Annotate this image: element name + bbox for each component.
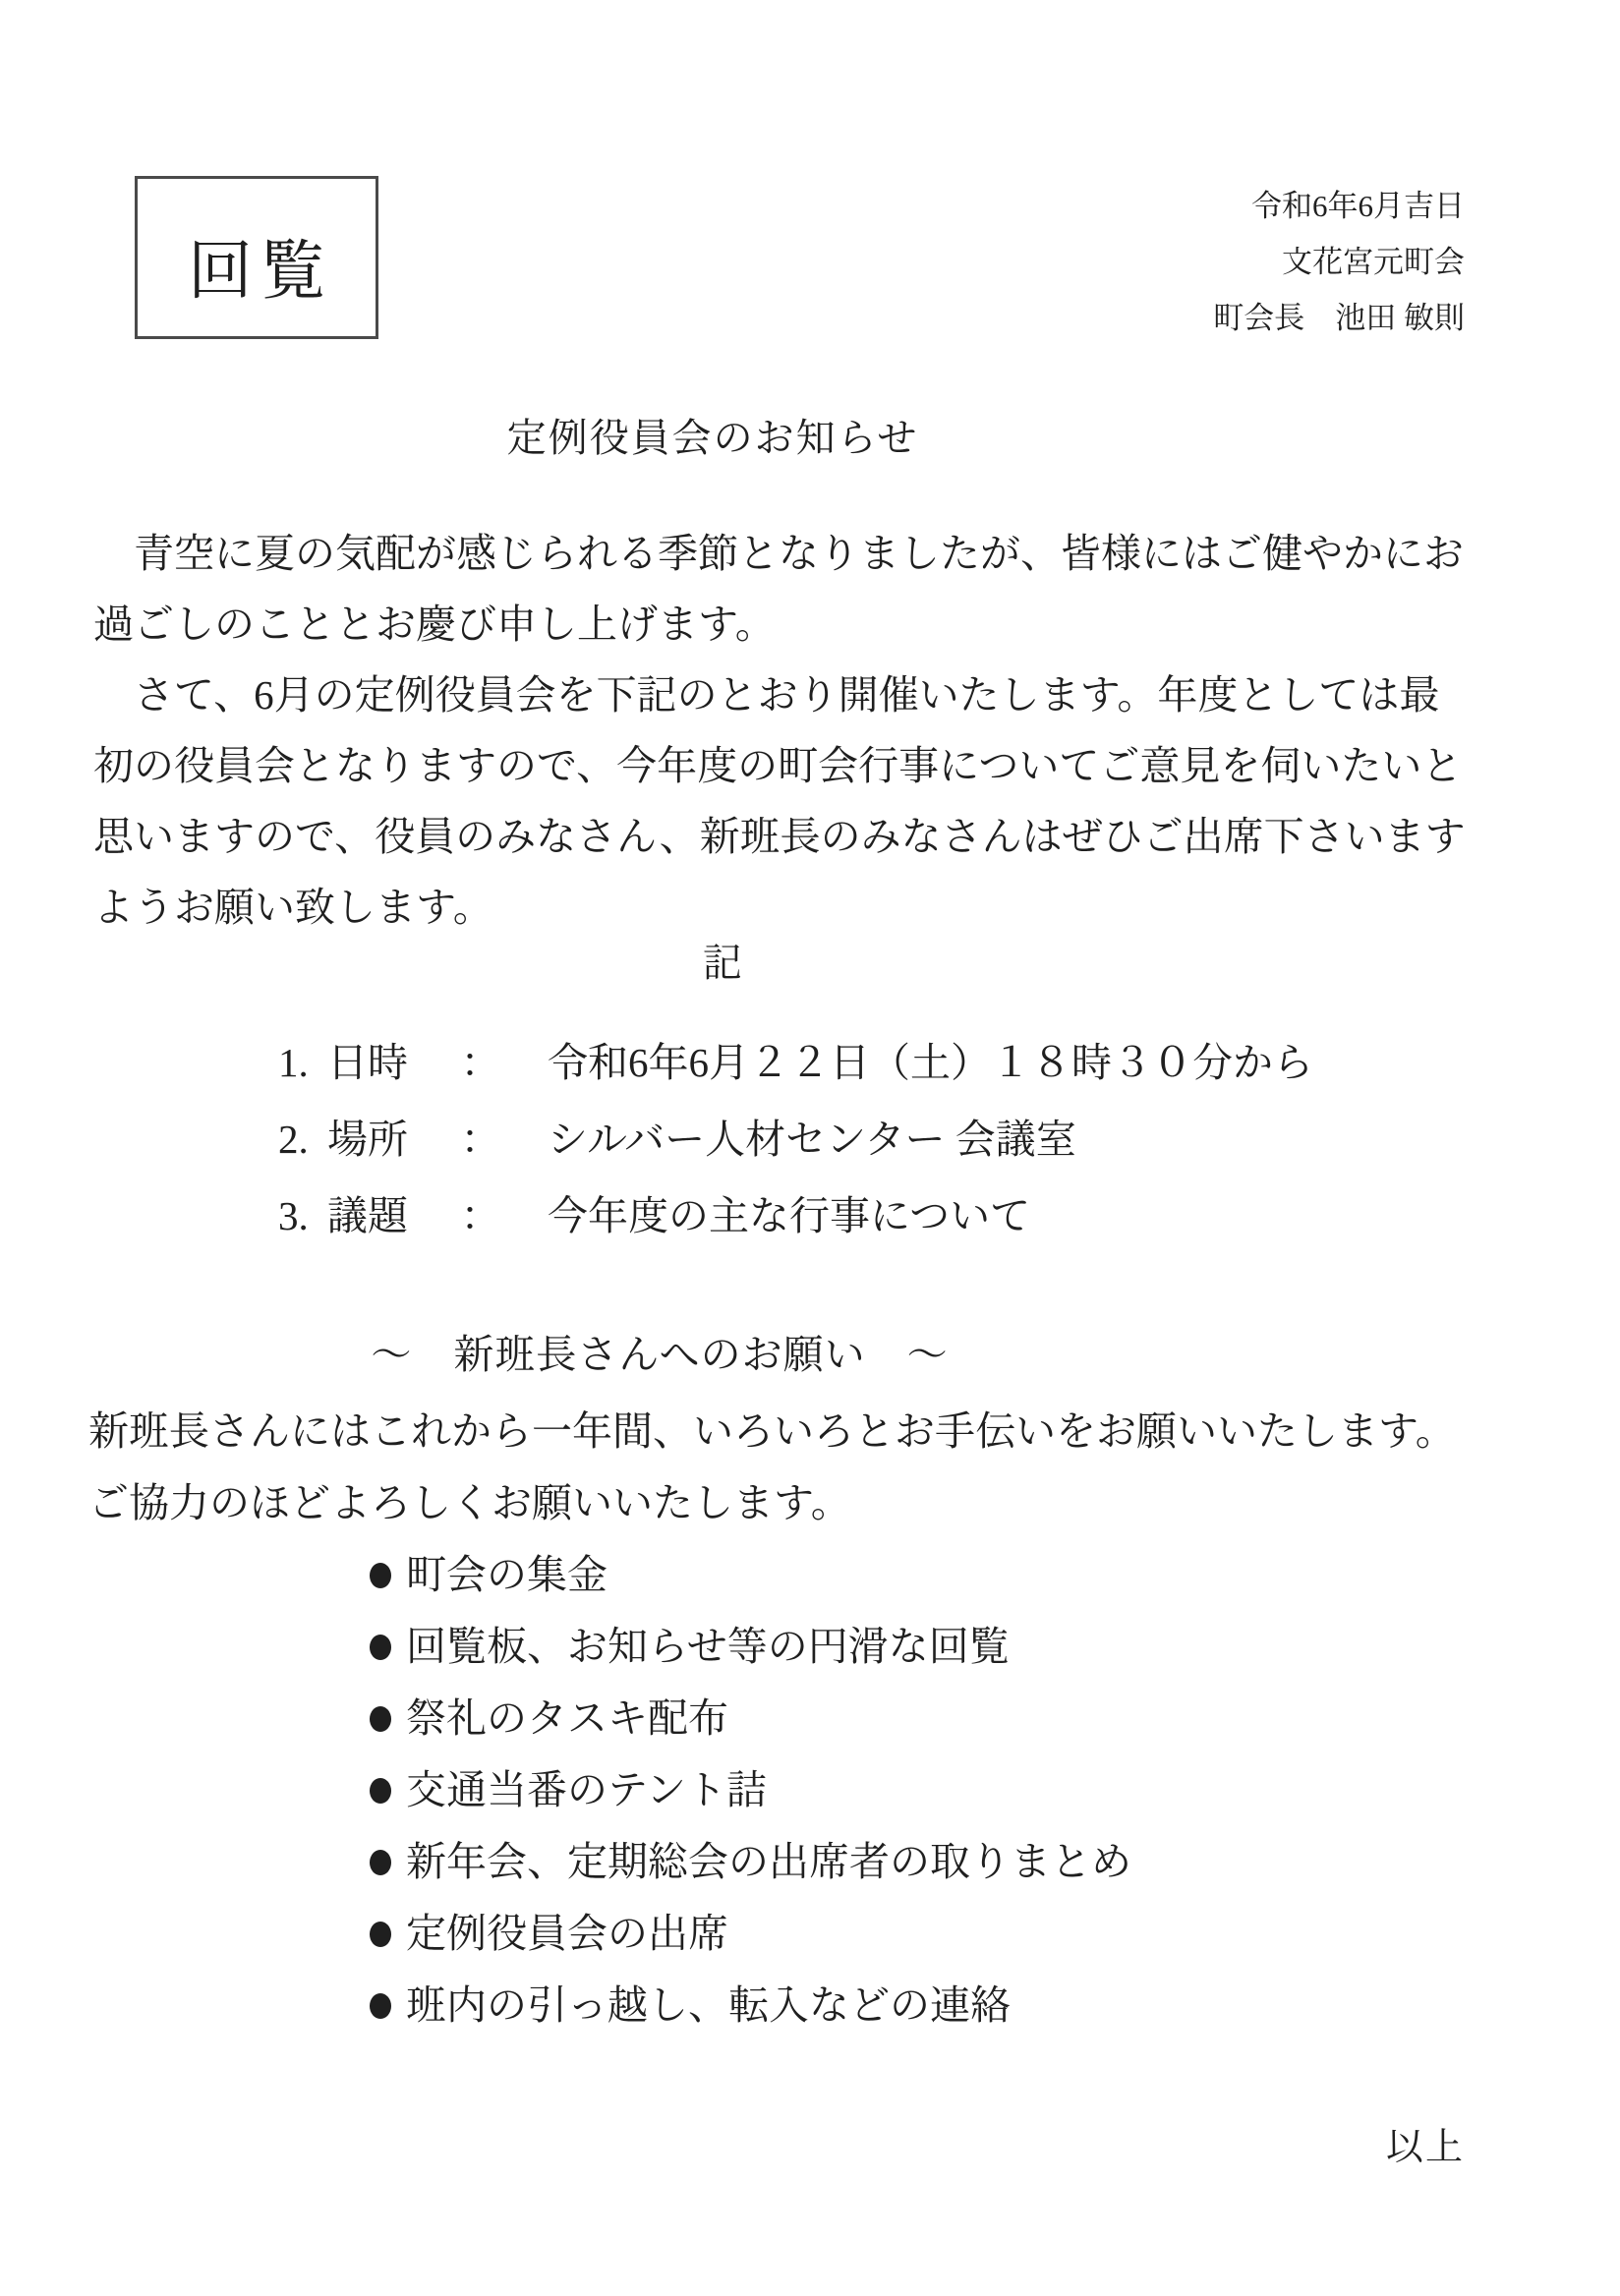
item-value: 令和6年6月２２日（土）１８時３０分から: [548, 1024, 1313, 1101]
paragraph-line: 青空に夏の気配が感じられる季節となりましたが、皆様にはご健やかにお: [93, 518, 1548, 589]
paragraph-line: 過ごしのこととお慶び申し上げます。: [93, 589, 1548, 660]
header-author: 町会長 池田 敏則: [1213, 290, 1465, 346]
circulation-stamp-box: 回覧: [135, 176, 378, 339]
duties-list: 町会の集金回覧板、お知らせ等の円滑な回覧祭礼のタスキ配布交通当番のテント詰新年会…: [370, 1539, 1131, 2041]
circulation-stamp-label: 回覧: [180, 204, 333, 312]
filled-circle-bullet-icon: [370, 1922, 391, 1947]
meeting-detail-row: 2.場所：シルバー人材センター 会議室: [278, 1101, 1313, 1177]
item-separator: ：: [414, 1024, 548, 1101]
paragraph-line: ご協力のほどよろしくお願いいたします。: [88, 1467, 1553, 1539]
duty-text: 新年会、定期総会の出席者の取りまとめ: [406, 1826, 1131, 1898]
item-number: 2.: [278, 1101, 327, 1177]
duty-list-item: 交通当番のテント詰: [370, 1754, 1131, 1826]
duty-list-item: 新年会、定期総会の出席者の取りまとめ: [370, 1826, 1131, 1898]
filled-circle-bullet-icon: [370, 1850, 391, 1875]
duty-list-item: 班内の引っ越し、転入などの連絡: [370, 1970, 1131, 2041]
paragraph-line: さて、6月の定例役員会を下記のとおり開催いたします。年度としては最: [93, 660, 1548, 730]
page-title: 定例役員会のお知らせ: [0, 407, 1425, 463]
item-value: シルバー人材センター 会議室: [548, 1101, 1076, 1177]
duty-list-item: 定例役員会の出席: [370, 1898, 1131, 1970]
scanned-notice-page: 回覧 令和6年6月吉日 文花宮元町会 町会長 池田 敏則 定例役員会のお知らせ …: [0, 0, 1620, 2296]
sender-header: 令和6年6月吉日 文花宮元町会 町会長 池田 敏則: [1213, 178, 1465, 346]
header-organization: 文花宮元町会: [1213, 234, 1465, 290]
filled-circle-bullet-icon: [370, 1706, 391, 1732]
item-label: 日時: [327, 1024, 414, 1101]
record-marker: 記: [0, 939, 1445, 988]
duty-text: 町会の集金: [406, 1539, 607, 1611]
paragraph-line: 思いますので、役員のみなさん、新班長のみなさんはぜひご出席下さいます: [93, 801, 1548, 872]
paragraph-line: 初の役員会となりますので、今年度の町会行事についてご意見を伺いたいと: [93, 730, 1548, 801]
duty-list-item: 町会の集金: [370, 1539, 1131, 1611]
duty-text: 回覧板、お知らせ等の円滑な回覧: [406, 1611, 1010, 1683]
duty-text: 祭礼のタスキ配布: [406, 1683, 728, 1754]
item-separator: ：: [414, 1177, 548, 1254]
request-section-title: ～ 新班長さんへのお願い ～: [0, 1329, 1319, 1380]
meeting-details-list: 1.日時：令和6年6月２２日（土）１８時３０分から2.場所：シルバー人材センター…: [278, 1024, 1313, 1254]
paragraph-line: ようお願い致します。: [93, 872, 1548, 943]
item-number: 1.: [278, 1024, 327, 1101]
meeting-detail-row: 3.議題：今年度の主な行事について: [278, 1177, 1313, 1254]
meeting-detail-row: 1.日時：令和6年6月２２日（土）１８時３０分から: [278, 1024, 1313, 1101]
filled-circle-bullet-icon: [370, 1993, 391, 2019]
item-label: 場所: [327, 1101, 414, 1177]
filled-circle-bullet-icon: [370, 1563, 391, 1588]
duty-text: 定例役員会の出席: [406, 1898, 728, 1970]
item-number: 3.: [278, 1177, 327, 1254]
duty-text: 交通当番のテント詰: [406, 1754, 767, 1826]
intro-paragraphs: 青空に夏の気配が感じられる季節となりましたが、皆様にはご健やかにお過ごしのことと…: [93, 518, 1548, 943]
paragraph-line: 新班長さんにはこれから一年間、いろいろとお手伝いをお願いいたします。: [88, 1396, 1553, 1467]
item-label: 議題: [327, 1177, 414, 1254]
filled-circle-bullet-icon: [370, 1778, 391, 1804]
header-date: 令和6年6月吉日: [1213, 178, 1465, 234]
item-separator: ：: [414, 1101, 548, 1177]
request-paragraph: 新班長さんにはこれから一年間、いろいろとお手伝いをお願いいたします。ご協力のほど…: [88, 1396, 1553, 1539]
duty-list-item: 祭礼のタスキ配布: [370, 1683, 1131, 1754]
duty-text: 班内の引っ越し、転入などの連絡: [406, 1970, 1011, 2041]
filled-circle-bullet-icon: [370, 1635, 391, 1660]
item-value: 今年度の主な行事について: [548, 1177, 1030, 1254]
closing-marker: 以上: [1386, 2116, 1465, 2170]
duty-list-item: 回覧板、お知らせ等の円滑な回覧: [370, 1611, 1131, 1683]
